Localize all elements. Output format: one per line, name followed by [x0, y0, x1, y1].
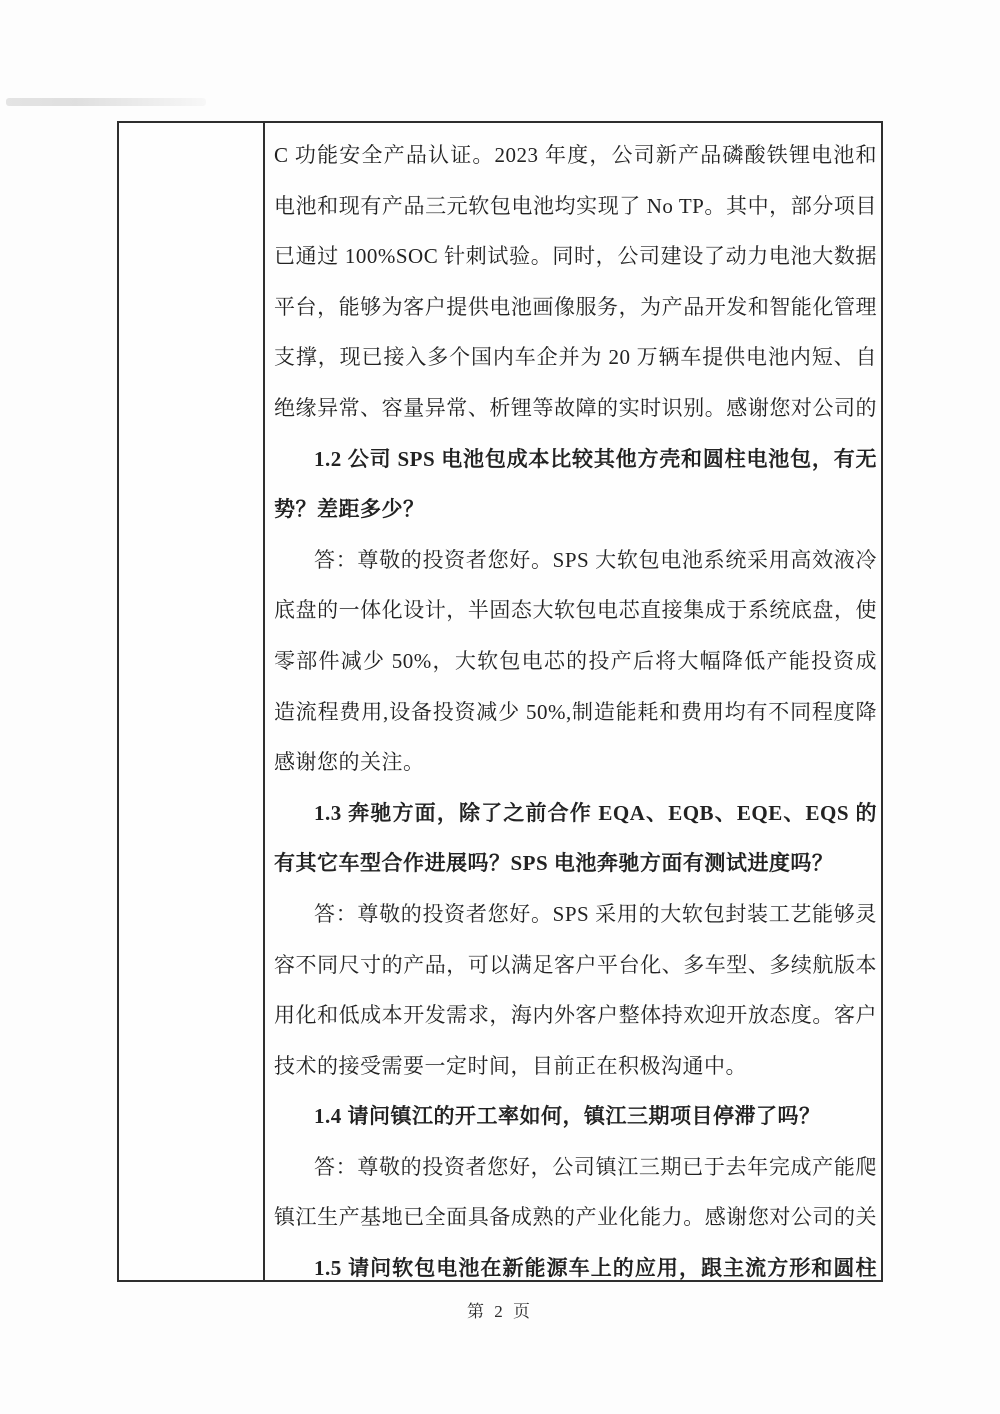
question-heading-line: 1.4 请问镇江的开工率如何，镇江三期项目停滞了吗？ [274, 1091, 877, 1142]
text-line: 平台，能够为客户提供电池画像服务，为产品开发和智能化管理提供 [274, 282, 877, 333]
text-line: C 功能安全产品认证。2023 年度，公司新产品磷酸铁锂电池和钠离子 [274, 130, 877, 181]
document-page: C 功能安全产品认证。2023 年度，公司新产品磷酸铁锂电池和钠离子 电池和现有… [0, 0, 1000, 1414]
question-heading-line: 有其它车型合作进展吗？SPS 电池奔驰方面有测试进度吗？ [274, 838, 877, 889]
text-line: 支撑，现已接入多个国内车企并为 20 万辆车提供电池内短、自放电、 [274, 332, 877, 383]
scan-artifact-smudge [6, 98, 206, 106]
table-left-cell [119, 123, 265, 1280]
qa-table: C 功能安全产品认证。2023 年度，公司新产品磷酸铁锂电池和钠离子 电池和现有… [117, 121, 883, 1282]
question-heading-line: 势？差距多少？ [274, 484, 877, 535]
text-line: 电池和现有产品三元软包电池均实现了 No TP。其中，部分项目产品 [274, 181, 877, 232]
text-line: 感谢您的关注。 [274, 737, 877, 788]
text-line: 已通过 100%SOC 针刺试验。同时，公司建设了动力电池大数据预警 [274, 231, 877, 282]
question-heading-line: 1.2 公司 SPS 电池包成本比较其他方壳和圆柱电池包，有无优 [274, 434, 877, 485]
answer-line: 答：尊敬的投资者您好，公司镇江三期已于去年完成产能爬坡， [274, 1142, 877, 1193]
text-line: 镇江生产基地已全面具备成熟的产业化能力。感谢您对公司的关注。 [274, 1192, 877, 1243]
text-line: 绝缘异常、容量异常、析锂等故障的实时识别。感谢您对公司的关注。 [274, 383, 877, 434]
page-number: 第 2 页 [0, 1297, 1000, 1322]
question-heading-line: 1.3 奔驰方面，除了之前合作 EQA、EQB、EQE、EQS 的车型， [274, 788, 877, 839]
answer-line: 答：尊敬的投资者您好。SPS 大软包电池系统采用高效液冷板与 [274, 535, 877, 586]
question-heading-line: 1.5 请问软包电池在新能源车上的应用，跟主流方形和圆柱形电 [274, 1243, 877, 1280]
text-line: 零部件减少 50%，大软包电芯的投产后将大幅降低产能投资成本和制 [274, 636, 877, 687]
text-line: 底盘的一体化设计，半固态大软包电芯直接集成于系统底盘，使系统 [274, 585, 877, 636]
text-line: 容不同尺寸的产品，可以满足客户平台化、多车型、多续航版本的通 [274, 940, 877, 991]
text-line: 用化和低成本开发需求，海内外客户整体持欢迎开放态度。客户对新 [274, 990, 877, 1041]
text-line: 造流程费用,设备投资减少 50%,制造能耗和费用均有不同程度降低。 [274, 687, 877, 738]
answer-line: 答：尊敬的投资者您好。SPS 采用的大软包封装工艺能够灵活兼 [274, 889, 877, 940]
table-right-cell: C 功能安全产品认证。2023 年度，公司新产品磷酸铁锂电池和钠离子 电池和现有… [265, 123, 881, 1280]
text-line: 技术的接受需要一定时间，目前正在积极沟通中。 [274, 1041, 877, 1092]
